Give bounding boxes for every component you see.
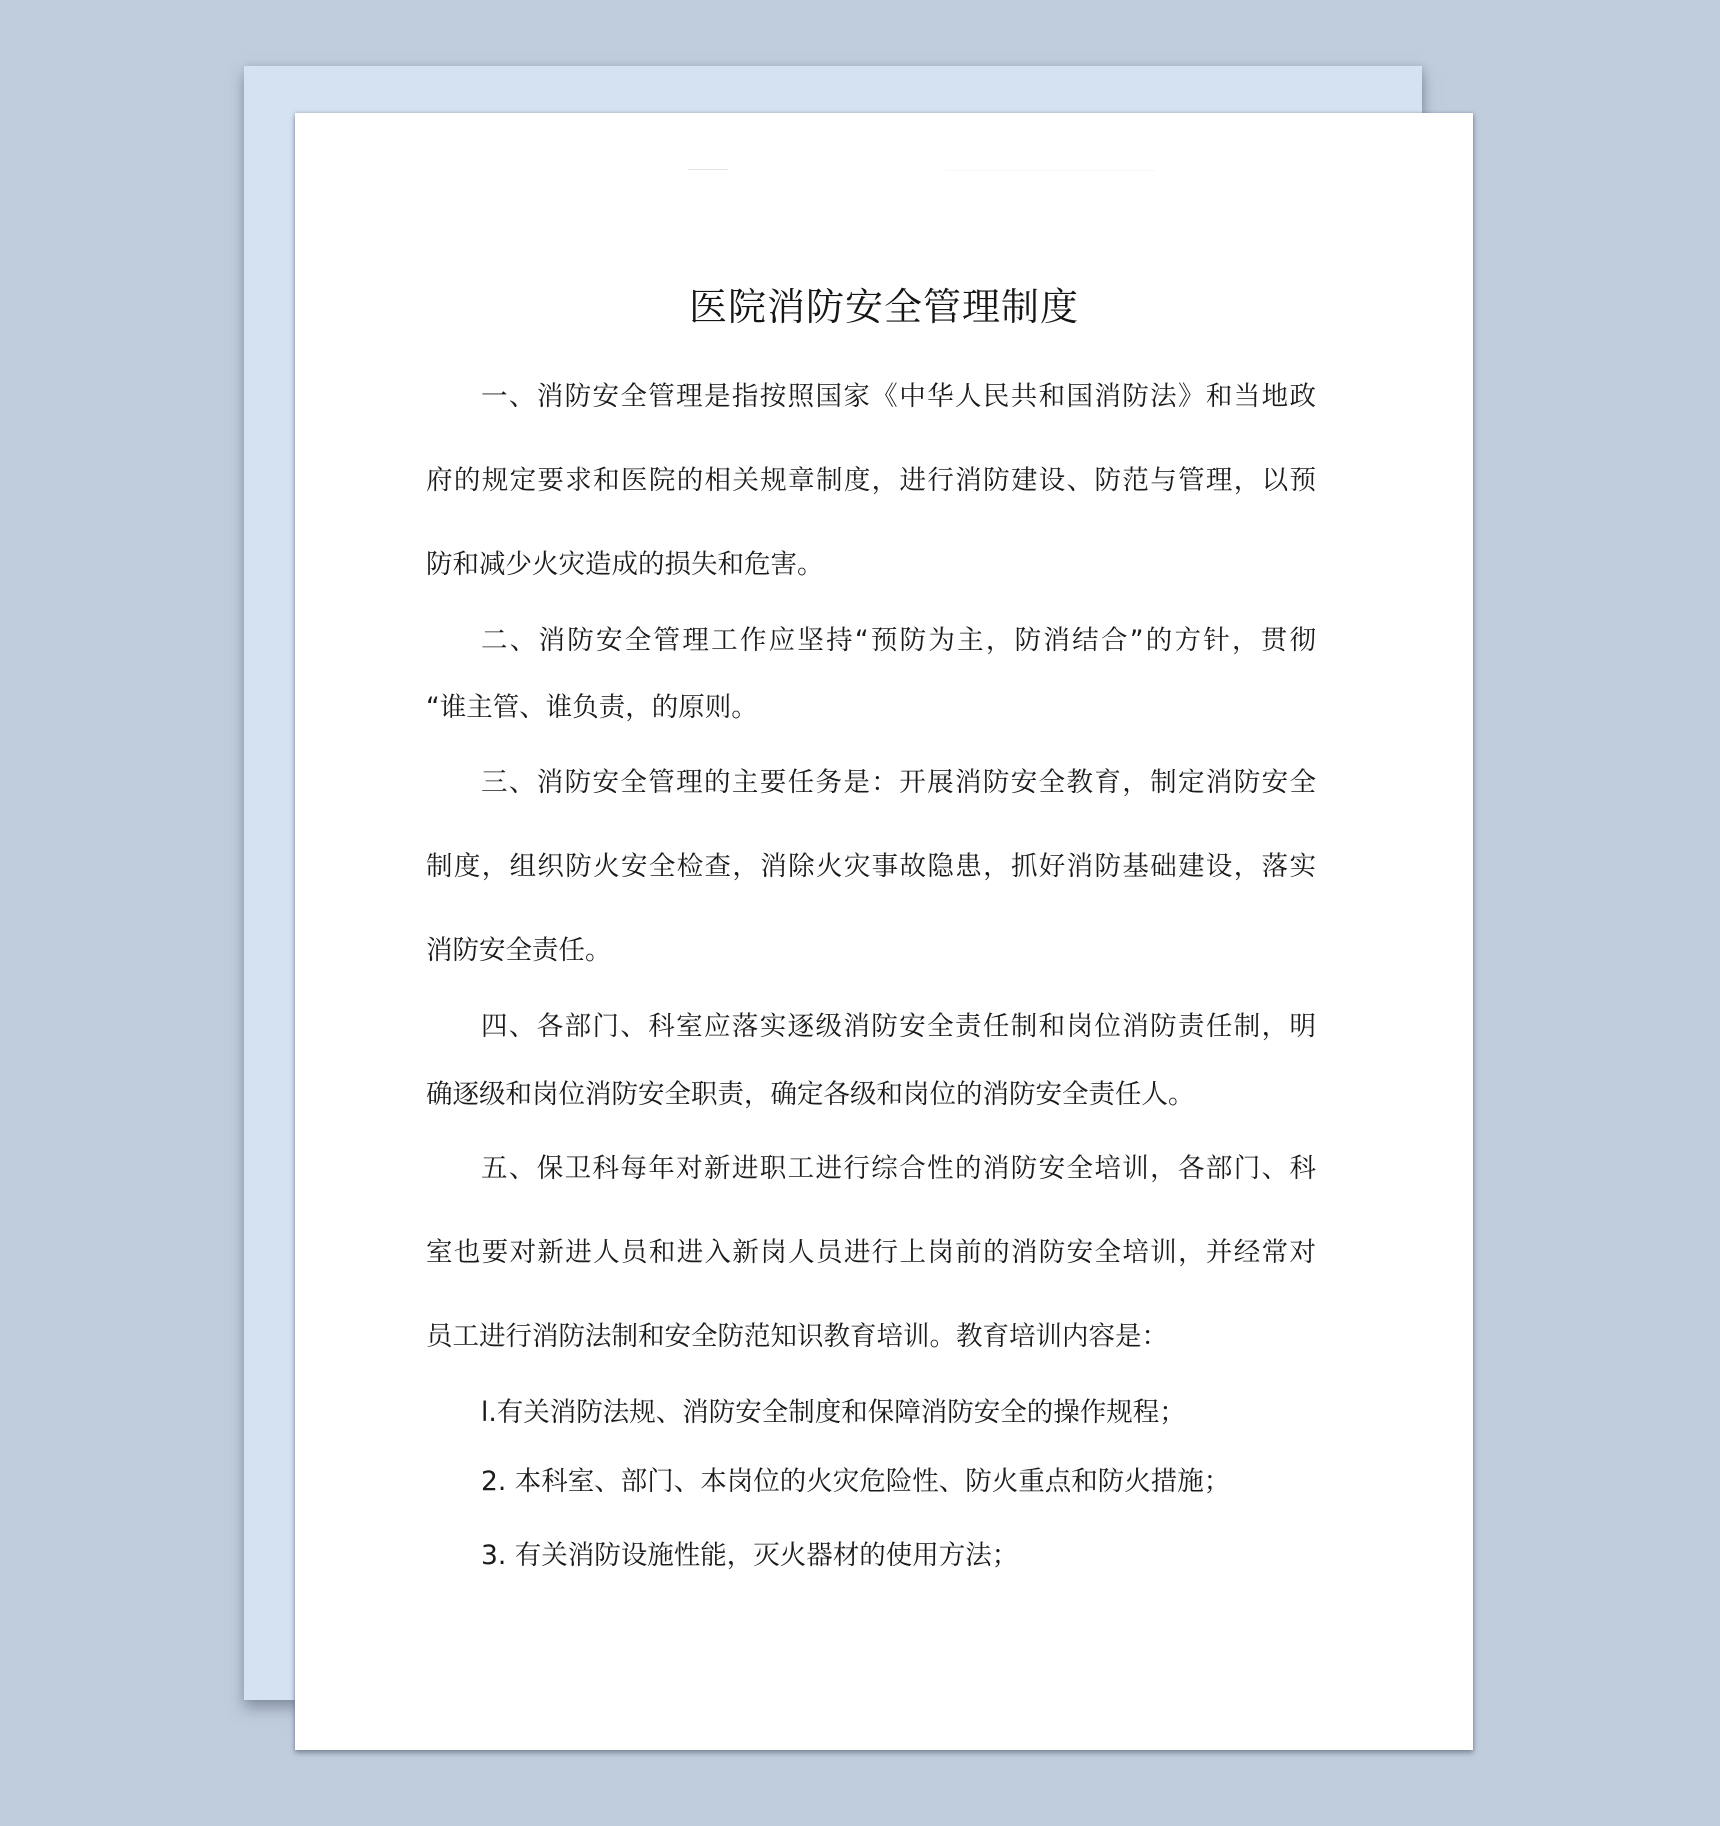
paragraph-2-line-2: “谁主管、谁负责，的原则。 bbox=[426, 691, 758, 725]
document-page: 医院消防安全管理制度 一、消防安全管理是指按照国家《中华人民共和国消防法》和当地… bbox=[295, 113, 1473, 1750]
paragraph-4-line-2: 确逐级和岗位消防安全职责，确定各级和岗位的消防安全责任人。 bbox=[426, 1078, 1195, 1112]
paragraph-5-line-3: 员工进行消防法制和安全防范知识教育培训。教育培训内容是： bbox=[426, 1320, 1168, 1354]
paragraph-1-line-3: 防和减少火灾造成的损失和危害。 bbox=[426, 548, 824, 582]
paragraph-3-line-3: 消防安全责任。 bbox=[426, 934, 612, 968]
list-item-1: l.有关消防法规、消防安全制度和保障消防安全的操作规程； bbox=[481, 1396, 1186, 1430]
paragraph-3-line-2: 制度，组织防火安全检查，消除火灾事故隐患，抓好消防基础建设，落实 bbox=[426, 850, 1316, 884]
paragraph-4-line-1: 四、各部门、科室应落实逐级消防安全责任制和岗位消防责任制，明 bbox=[481, 1010, 1316, 1044]
paragraph-1-line-1: 一、消防安全管理是指按照国家《中华人民共和国消防法》和当地政 bbox=[481, 380, 1316, 414]
paragraph-5-line-2: 室也要对新进人员和进入新岗人员进行上岗前的消防安全培训，并经常对 bbox=[426, 1236, 1316, 1270]
paragraph-5-line-1: 五、保卫科每年对新进职工进行综合性的消防安全培训，各部门、科 bbox=[481, 1152, 1316, 1186]
header-rule bbox=[688, 169, 728, 170]
list-item-3: 3. 有关消防设施性能，灭火器材的使用方法； bbox=[481, 1539, 1018, 1573]
paragraph-3-line-1: 三、消防安全管理的主要任务是：开展消防安全教育，制定消防安全 bbox=[481, 766, 1316, 800]
header-rule bbox=[945, 170, 1155, 171]
document-title: 医院消防安全管理制度 bbox=[295, 283, 1473, 331]
paragraph-1-line-2: 府的规定要求和医院的相关规章制度，进行消防建设、防范与管理，以预 bbox=[426, 464, 1316, 498]
list-item-2: 2. 本科室、部门、本岗位的火灾危险性、防火重点和防火措施； bbox=[481, 1465, 1230, 1499]
paragraph-2-line-1: 二、消防安全管理工作应坚持“预防为主，防消结合”的方针，贯彻 bbox=[481, 624, 1316, 658]
